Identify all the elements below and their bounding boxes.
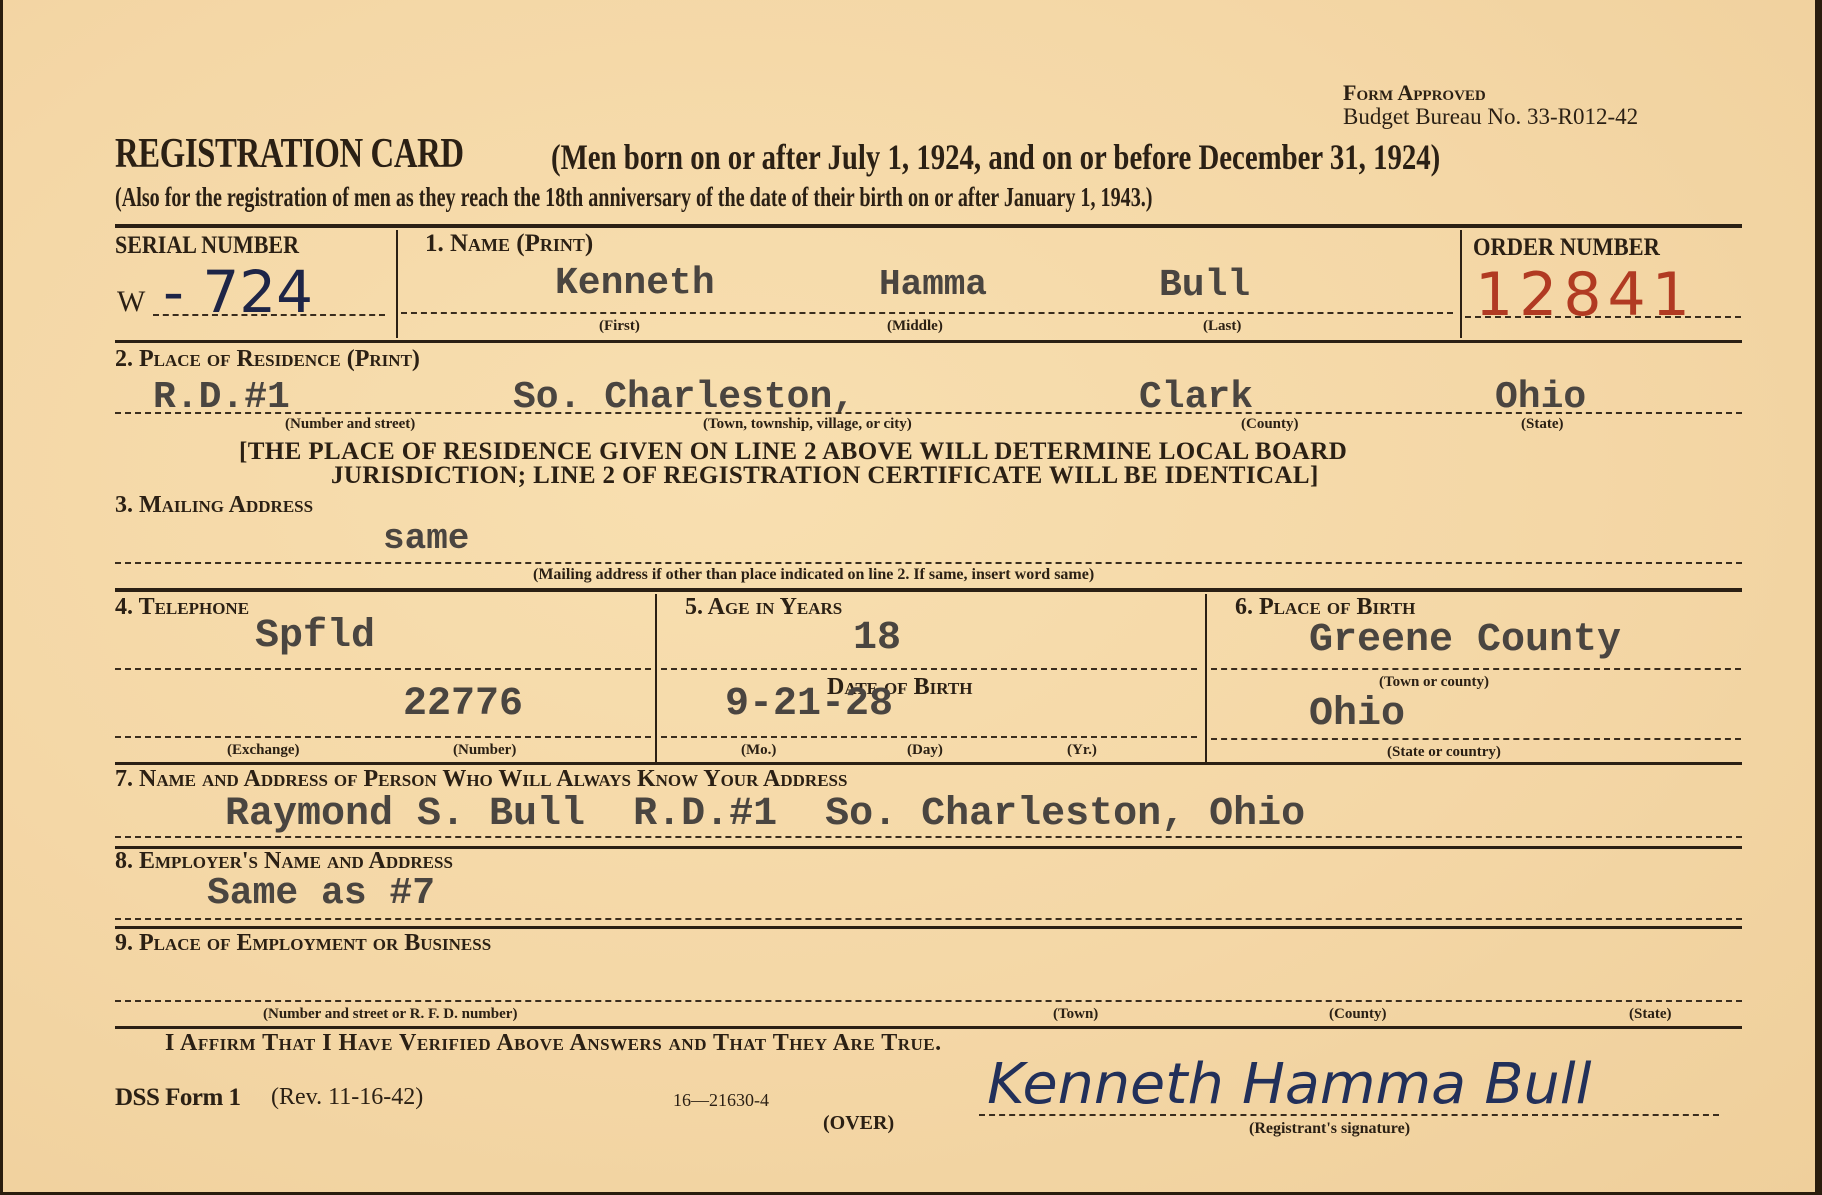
employer-line [115, 918, 1742, 920]
telephone-number-caption: (Number) [453, 742, 516, 759]
divider [115, 224, 1742, 228]
divider [115, 340, 1742, 343]
affirmation-text: I Affirm That I Have Verified Above Answ… [165, 1030, 942, 1057]
telephone-exchange-line [115, 668, 651, 670]
dob-day-caption: (Day) [907, 742, 943, 759]
contact-label: 7. Name and Address of Person Who Will A… [115, 766, 847, 793]
telephone-exchange-caption: (Exchange) [227, 742, 300, 759]
birthplace-state-caption: (State or country) [1387, 744, 1501, 761]
jurisdiction-notice-line2: JURISDICTION; LINE 2 OF REGISTRATION CER… [331, 462, 1319, 490]
over-indicator: (OVER) [823, 1112, 894, 1135]
employment-line [115, 1000, 1742, 1002]
dob-value: 9-21-28 [725, 682, 893, 727]
employment-street-caption: (Number and street or R. F. D. number) [263, 1006, 517, 1023]
mailing-address-value: same [383, 518, 469, 559]
residence-label: 2. Place of Residence (Print) [115, 346, 420, 373]
age-value: 18 [853, 616, 901, 661]
order-line [1465, 316, 1741, 318]
age-label: 5. Age in Years [685, 594, 842, 621]
dob-line [661, 736, 1197, 738]
registration-card: Form Approved Budget Bureau No. 33-R012-… [3, 0, 1815, 1192]
also-line: (Also for the registration of men as the… [115, 182, 1152, 213]
mailing-address-label: 3. Mailing Address [115, 492, 313, 519]
name-label: 1. Name (Print) [425, 230, 593, 258]
residence-line [115, 412, 1742, 414]
telephone-number: 22776 [403, 682, 523, 727]
serial-number-label: SERIAL NUMBER [115, 232, 299, 260]
serial-prefix: W [117, 285, 145, 319]
divider [655, 594, 657, 762]
print-code: 16—21630-4 [673, 1090, 769, 1111]
budget-bureau-number: Budget Bureau No. 33-R012-42 [1343, 104, 1638, 130]
telephone-exchange: Spfld [255, 614, 375, 659]
employment-state-caption: (State) [1629, 1006, 1671, 1023]
birthplace-town-caption: (Town or county) [1379, 674, 1489, 691]
serial-line [153, 314, 385, 316]
order-number-value: 12841 [1475, 260, 1696, 330]
telephone-label: 4. Telephone [115, 594, 249, 621]
name-first-caption: (First) [599, 318, 640, 335]
divider [396, 230, 398, 338]
signature-caption: (Registrant's signature) [1249, 1120, 1410, 1138]
birthplace-state: Ohio [1309, 692, 1405, 737]
contact-line [115, 836, 1742, 838]
dob-month-caption: (Mo.) [741, 742, 776, 759]
form-title: REGISTRATION CARD [115, 130, 464, 178]
employment-label: 9. Place of Employment or Business [115, 930, 491, 957]
residence-state-caption: (State) [1521, 416, 1563, 433]
dob-year-caption: (Yr.) [1067, 742, 1097, 759]
name-first: Kenneth [555, 262, 715, 305]
employment-town-caption: (Town) [1053, 1006, 1098, 1023]
name-middle: Hamma [879, 264, 987, 305]
employer-label: 8. Employer's Name and Address [115, 848, 453, 875]
name-middle-caption: (Middle) [887, 318, 943, 335]
telephone-number-line [115, 736, 651, 738]
employer-value: Same as #7 [207, 872, 435, 915]
signature-line [979, 1114, 1719, 1116]
age-line [661, 668, 1197, 670]
form-id: DSS Form 1 [115, 1084, 241, 1112]
name-last: Bull [1159, 264, 1250, 307]
form-subtitle: (Men born on or after July 1, 1924, and … [551, 136, 1440, 178]
name-last-caption: (Last) [1203, 318, 1241, 335]
divider [115, 1026, 1742, 1029]
residence-street-caption: (Number and street) [285, 416, 415, 433]
divider [115, 588, 1742, 592]
order-number-label: ORDER NUMBER [1473, 234, 1660, 262]
employment-county-caption: (County) [1329, 1006, 1387, 1023]
contact-value: Raymond S. Bull R.D.#1 So. Charleston, O… [225, 792, 1305, 837]
form-approved: Form Approved [1343, 80, 1486, 106]
mailing-caption: (Mailing address if other than place ind… [533, 566, 1094, 584]
mailing-line [115, 562, 1742, 564]
birthplace-town: Greene County [1309, 618, 1621, 663]
residence-county-caption: (County) [1241, 416, 1299, 433]
birthplace-town-line [1211, 668, 1741, 670]
birthplace-label: 6. Place of Birth [1235, 594, 1415, 621]
divider [115, 926, 1742, 929]
divider [1205, 594, 1207, 762]
registrant-signature: Kenneth Hamma Bull [987, 1052, 1591, 1117]
divider [1460, 230, 1462, 338]
divider [115, 762, 1742, 765]
name-line [401, 312, 1453, 314]
form-revision: (Rev. 11-16-42) [271, 1084, 423, 1111]
residence-town-caption: (Town, township, village, or city) [703, 416, 912, 433]
birthplace-state-line [1211, 738, 1741, 740]
